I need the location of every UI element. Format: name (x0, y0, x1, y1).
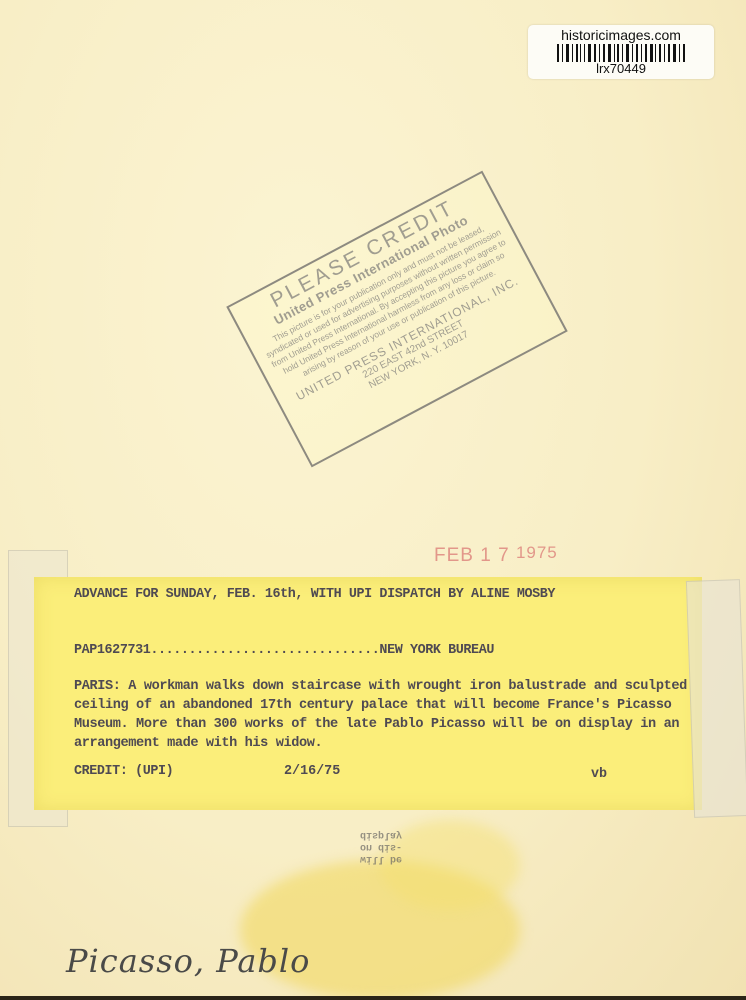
caption-date: 2/16/75 (284, 764, 340, 779)
offset-line: display (360, 828, 402, 840)
offset-mirror-text: will be on dis- display (360, 828, 402, 864)
handwritten-label: Picasso, Pablo (66, 942, 310, 980)
caption-header: ADVANCE FOR SUNDAY, FEB. 16th, WITH UPI … (74, 587, 555, 602)
credit-stamp: PLEASE CREDIT United Press International… (226, 171, 567, 468)
tape-strip-right (686, 579, 746, 818)
caption-slip: ADVANCE FOR SUNDAY, FEB. 16th, WITH UPI … (34, 577, 702, 810)
caption-body: PARIS: A workman walks down staircase wi… (74, 677, 704, 753)
barcode-label: historicimages.com lrx70449 (528, 25, 714, 79)
barcode-id-text: lrx70449 (528, 62, 714, 76)
date-stamp-year: 1975 (516, 543, 558, 562)
date-stamp: FEB 1 7 1975 (434, 545, 558, 567)
barcode-icon (557, 44, 685, 62)
date-stamp-day: FEB 1 7 (434, 545, 510, 566)
caption-slug: PAP1627731..............................… (74, 643, 494, 658)
barcode-site-text: historicimages.com (528, 27, 714, 43)
caption-credit: CREDIT: (UPI) (74, 764, 173, 779)
offset-line: on dis- (360, 840, 402, 852)
offset-line: will be (360, 852, 402, 864)
caption-initials: vb (591, 767, 607, 782)
scan-edge (0, 996, 746, 1000)
